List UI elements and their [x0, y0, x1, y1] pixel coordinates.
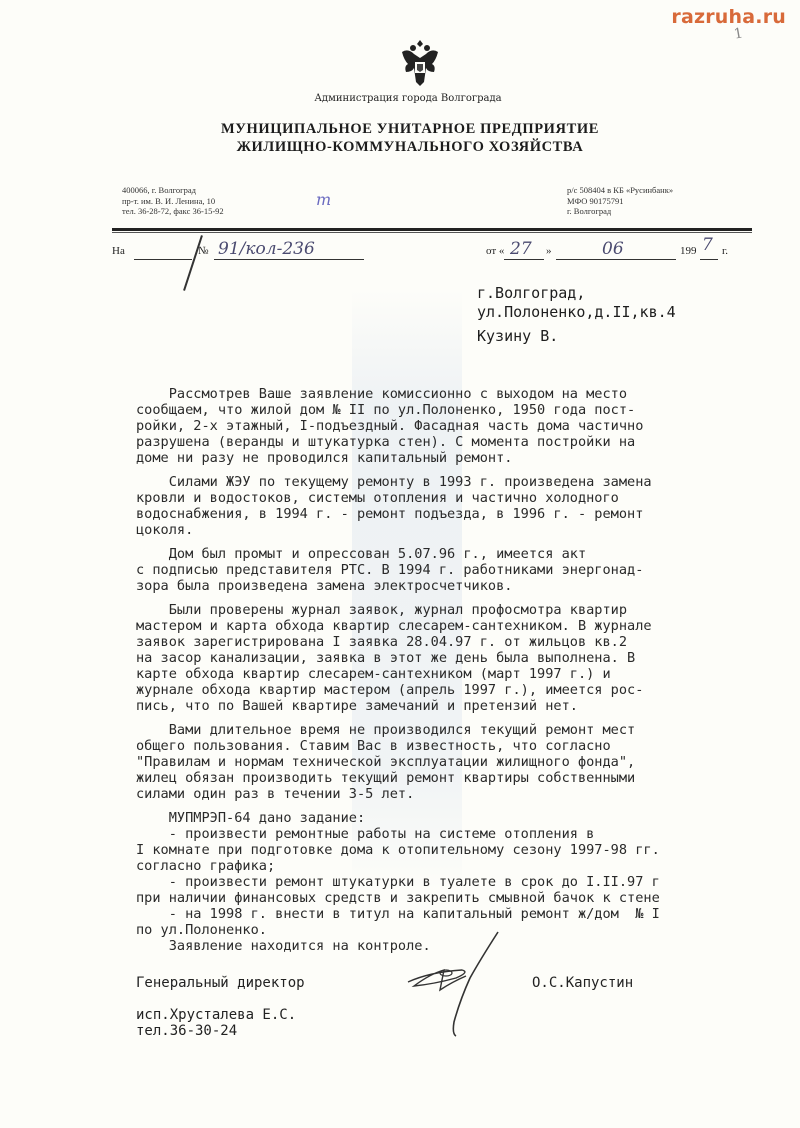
- executor-phone: тел.36-30-24: [136, 1023, 296, 1039]
- text-line: Дом был промыт и опрессован 5.07.96 г., …: [136, 546, 776, 562]
- paragraph: Силами ЖЭУ по текущему ремонту в 1993 г.…: [136, 474, 776, 538]
- paragraph: Вами длительное время не производился те…: [136, 722, 776, 802]
- recipient-block: г.Волгоград, ул.Полоненко,д.II,кв.4 Кузи…: [477, 284, 676, 346]
- recipient-name: Кузину В.: [477, 327, 676, 346]
- text-line: жилец обязан производить текущий ремонт …: [136, 770, 776, 786]
- address-line: пр-т. им. В. И. Ленина, 10: [122, 196, 224, 207]
- task-line: I комнате при подготовке дома к отопител…: [136, 842, 776, 858]
- na-label: На: [112, 245, 125, 257]
- executor-name: исп.Хрусталева Е.С.: [136, 1007, 296, 1023]
- executor-block: исп.Хрусталева Е.С. тел.36-30-24: [136, 1007, 296, 1039]
- mfo-line: МФО 90175791: [567, 196, 673, 207]
- organization-name: МУНИЦИПАЛЬНОЕ УНИТАРНОЕ ПРЕДПРИЯТИЕ ЖИЛИ…: [0, 120, 800, 156]
- task-line: - произвести ремонтные работы на системе…: [136, 826, 776, 842]
- org-line-2: ЖИЛИЩНО-КОММУНАЛЬНОГО ХОЗЯЙСТВА: [20, 138, 800, 156]
- letter-body: Рассмотрев Ваше заявление комиссионно с …: [136, 386, 776, 954]
- outgoing-number: 91/кол-236: [218, 239, 315, 259]
- text-line: на засор канализации, заявка в этот же д…: [136, 650, 776, 666]
- date-year-suffix: 7: [702, 235, 713, 255]
- administration-name: Администрация города Волгограда: [0, 93, 800, 104]
- watermark: razruha.ru: [671, 6, 786, 28]
- text-line: ройки, 2-х этажный, I-подъездный. Фасадн…: [136, 418, 776, 434]
- paragraph: Рассмотрев Ваше заявление комиссионно с …: [136, 386, 776, 466]
- text-line: журнале обхода квартир мастером (апрель …: [136, 682, 776, 698]
- year-prefix: 199: [680, 245, 697, 257]
- paragraph: Дом был промыт и опрессован 5.07.96 г., …: [136, 546, 776, 594]
- day-blank: 27: [504, 245, 544, 260]
- task-line: - произвести ремонт штукатурки в туалете…: [136, 874, 776, 890]
- recipient-street: ул.Полоненко,д.II,кв.4: [477, 303, 676, 322]
- from-label: от «: [486, 245, 504, 257]
- quote-close: »: [546, 245, 552, 257]
- text-line: с подписью представителя РТС. В 1994 г. …: [136, 562, 776, 578]
- text-line: разрушена (веранды и штукатурка стен). С…: [136, 434, 776, 450]
- text-line: "Правилам и нормам технической эксплуата…: [136, 754, 776, 770]
- handwritten-signature-icon: [400, 930, 520, 1040]
- number-blank: 91/кол-236: [214, 245, 364, 260]
- address-line: 400066, г. Волгоград: [122, 185, 224, 196]
- task-line: МУПМРЭП-64 дано задание:: [136, 810, 776, 826]
- paragraph: Были проверены журнал заявок, журнал про…: [136, 602, 776, 714]
- signatory-title: Генеральный директор: [136, 975, 305, 991]
- russian-coat-of-arms-icon: [398, 36, 442, 90]
- year-blank: 7: [700, 245, 718, 260]
- bank-city-line: г. Волгоград: [567, 206, 673, 217]
- registration-line: На № 91/кол-236 от « 27 » 06 199 7 г.: [112, 243, 752, 263]
- text-line: пись, что по Вашей квартире замечаний и …: [136, 698, 776, 714]
- text-line: силами один раз в течении 3-5 лет.: [136, 786, 776, 802]
- signatory-name: О.С.Капустин: [532, 975, 633, 991]
- text-line: Силами ЖЭУ по текущему ремонту в 1993 г.…: [136, 474, 776, 490]
- text-line: общего пользования. Ставим Вас в известн…: [136, 738, 776, 754]
- task-line: - на 1998 г. внести в титул на капитальн…: [136, 906, 776, 922]
- number-label: №: [198, 245, 209, 257]
- text-line: Рассмотрев Ваше заявление комиссионно с …: [136, 386, 776, 402]
- month-blank: 06: [556, 245, 676, 260]
- task-line: согласно графика;: [136, 858, 776, 874]
- text-line: заявок зарегистрирована I заявка 28.04.9…: [136, 634, 776, 650]
- text-line: Вами длительное время не производился те…: [136, 722, 776, 738]
- handwritten-initials: m: [316, 190, 331, 209]
- date-month: 06: [602, 239, 624, 259]
- text-line: мастером и карта обхода квартир слесарем…: [136, 618, 776, 634]
- text-line: водоснабжения, в 1994 г. - ремонт подъез…: [136, 506, 776, 522]
- text-line: зора была произведена замена электросчет…: [136, 578, 776, 594]
- na-blank: [134, 245, 192, 260]
- year-end: г.: [722, 245, 728, 257]
- phone-fax-line: тел. 36-28-72, факс 36-15-92: [122, 206, 224, 217]
- text-line: цоколя.: [136, 522, 776, 538]
- bank-details: р/с 508404 в КБ «Русинбанк» МФО 90175791…: [567, 185, 673, 217]
- date-day: 27: [510, 239, 532, 259]
- bank-account-line: р/с 508404 в КБ «Русинбанк»: [567, 185, 673, 196]
- text-line: кровли и водостоков, системы отопления и…: [136, 490, 776, 506]
- text-line: сообщаем, что жилой дом № II по ул.Полон…: [136, 402, 776, 418]
- text-line: доме ни разу не проводился капитальный р…: [136, 450, 776, 466]
- task-line: при наличии финансовых средств и закрепи…: [136, 890, 776, 906]
- recipient-city: г.Волгоград,: [477, 284, 676, 303]
- text-line: карте обхода квартир слесарем-сантехнико…: [136, 666, 776, 682]
- org-line-1: МУНИЦИПАЛЬНОЕ УНИТАРНОЕ ПРЕДПРИЯТИЕ: [20, 120, 800, 138]
- sender-address: 400066, г. Волгоград пр-т. им. В. И. Лен…: [122, 185, 224, 217]
- text-line: Были проверены журнал заявок, журнал про…: [136, 602, 776, 618]
- letterhead-divider: [112, 228, 752, 233]
